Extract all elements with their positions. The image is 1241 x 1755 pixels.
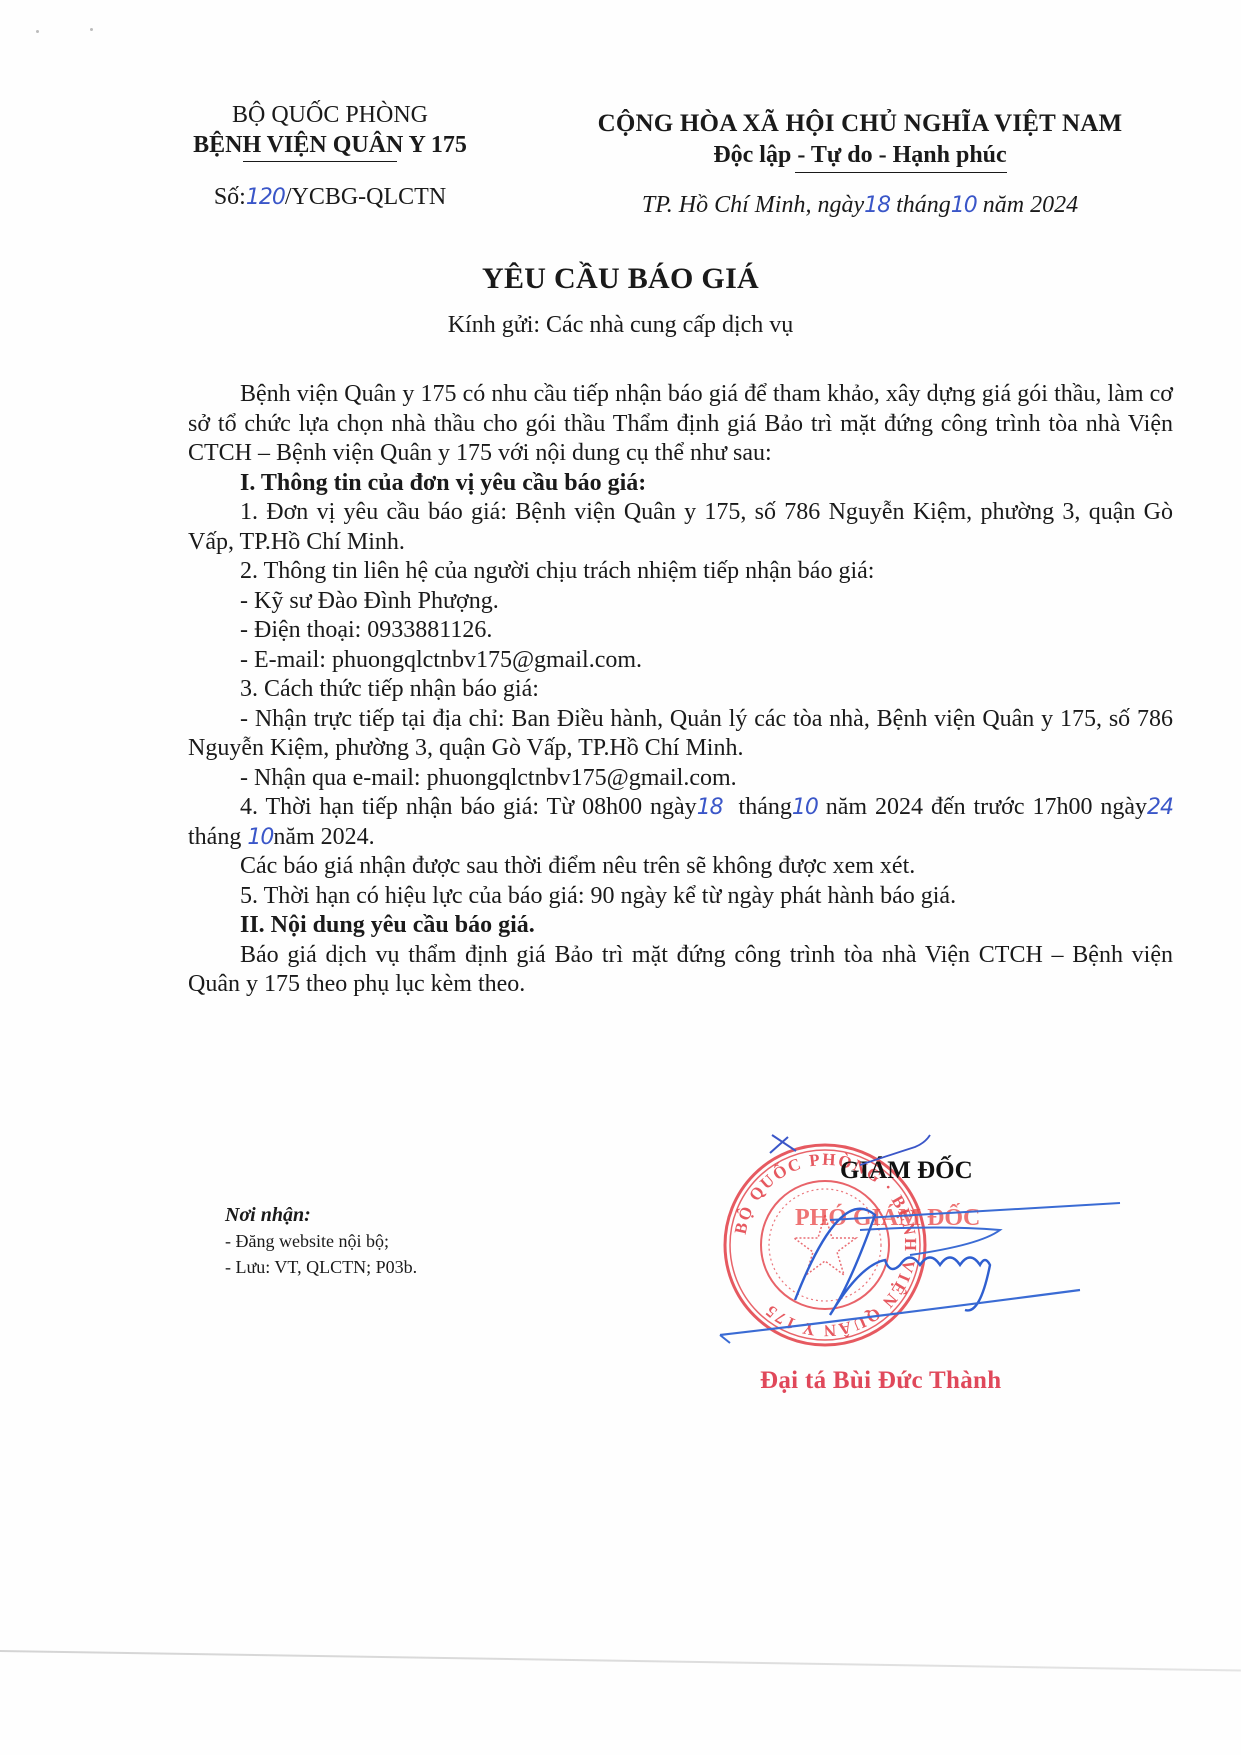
section-1-heading: I. Thông tin của đơn vị yêu cầu báo giá: xyxy=(188,469,1173,499)
scan-edge-line xyxy=(0,1650,1241,1671)
recipient-item: - Đăng website nội bộ; xyxy=(225,1228,417,1254)
hospital-name-text: BỆNH VIỆN QUÂN Y 175 xyxy=(193,132,467,158)
late-note: Các báo giá nhận được sau thời điểm nêu … xyxy=(188,852,1173,882)
document-title: YÊU CẦU BÁO GIÁ xyxy=(0,262,1241,296)
motto-underline xyxy=(795,172,1006,174)
issuing-authority: BỘ QUỐC PHÒNG BỆNH VIỆN QUÂN Y 175 Số:12… xyxy=(160,100,500,213)
start-month-handwritten: 10 xyxy=(792,795,818,820)
document-page: BỘ QUỐC PHÒNG BỆNH VIỆN QUÂN Y 175 Số:12… xyxy=(0,0,1241,1755)
item-4-text: 4. Thời hạn tiếp nhận báo giá: Từ 08h00 … xyxy=(240,794,697,820)
item-4-text: năm 2024. xyxy=(273,824,374,850)
recipients: Nơi nhận: - Đăng website nội bộ; - Lưu: … xyxy=(225,1202,417,1280)
contact-phone: - Điện thoại: 0933881126. xyxy=(188,616,1173,646)
ministry-name: BỘ QUỐC PHÒNG xyxy=(160,100,500,130)
start-day-handwritten: 18 xyxy=(697,795,723,820)
national-header: CỘNG HÒA XÃ HỘI CHỦ NGHĨA VIỆT NAM Độc l… xyxy=(560,108,1160,221)
section-2-text: Báo giá dịch vụ thẩm định giá Bảo trì mặ… xyxy=(188,941,1173,1000)
item-5: 5. Thời hạn có hiệu lực của báo giá: 90 … xyxy=(188,882,1173,912)
handwritten-signature-icon xyxy=(700,1125,1140,1385)
national-motto: Độc lập - Tự do - Hạnh phúc xyxy=(713,140,1006,170)
signer-name: Đại tá Bùi Đức Thành xyxy=(760,1367,1001,1395)
receive-direct: - Nhận trực tiếp tại địa chỉ: Ban Điều h… xyxy=(188,705,1173,764)
contact-name: - Kỹ sư Đào Đình Phượng. xyxy=(188,587,1173,617)
place-date: TP. Hồ Chí Minh, ngày18 tháng10 năm 2024 xyxy=(560,190,1160,221)
item-1: 1. Đơn vị yêu cầu báo giá: Bệnh viện Quâ… xyxy=(188,498,1173,557)
item-4-text: năm 2024 đến trước 17h00 ngày xyxy=(826,794,1147,820)
day-handwritten: 18 xyxy=(864,193,890,218)
hospital-underline xyxy=(243,161,397,163)
motto-text: Độc lập - Tự do - Hạnh phúc xyxy=(713,142,1006,168)
signature-block: BỘ QUỐC PHÒNG · BỆNH VIỆN QUÂN Y 175 GIÁ… xyxy=(700,1125,1140,1425)
month-label: tháng xyxy=(896,192,951,218)
item-4: 4. Thời hạn tiếp nhận báo giá: Từ 08h00 … xyxy=(188,793,1173,852)
end-day-handwritten: 24 xyxy=(1147,795,1173,820)
item-2: 2. Thông tin liên hệ của người chịu trác… xyxy=(188,557,1173,587)
doc-number-handwritten: 120 xyxy=(246,185,285,210)
year-text: năm 2024 xyxy=(983,192,1078,218)
salutation: Kính gửi: Các nhà cung cấp dịch vụ xyxy=(0,312,1241,339)
recipients-label: Nơi nhận: xyxy=(225,1202,417,1228)
item-4-text: tháng xyxy=(188,824,241,850)
scan-speck xyxy=(90,28,93,31)
receive-email: - Nhận qua e-mail: phuongqlctnbv175@gmai… xyxy=(188,764,1173,794)
section-2-heading: II. Nội dung yêu cầu báo giá. xyxy=(188,911,1173,941)
doc-number-suffix: /YCBG-QLCTN xyxy=(285,184,446,210)
intro-paragraph: Bệnh viện Quân y 175 có nhu cầu tiếp nhậ… xyxy=(188,380,1173,469)
end-month-handwritten: 10 xyxy=(247,825,273,850)
contact-email: - E-mail: phuongqlctnbv175@gmail.com. xyxy=(188,646,1173,676)
document-body: Bệnh viện Quân y 175 có nhu cầu tiếp nhậ… xyxy=(188,380,1173,1000)
recipient-item: - Lưu: VT, QLCTN; P03b. xyxy=(225,1254,417,1280)
month-handwritten: 10 xyxy=(951,193,977,218)
item-4-text: tháng xyxy=(739,794,792,820)
document-number: Số:120/YCBG-QLCTN xyxy=(160,182,500,213)
doc-number-prefix: Số: xyxy=(214,184,246,210)
country-name: CỘNG HÒA XÃ HỘI CHỦ NGHĨA VIỆT NAM xyxy=(560,108,1160,140)
item-3: 3. Cách thức tiếp nhận báo giá: xyxy=(188,675,1173,705)
place-prefix: TP. Hồ Chí Minh, ngày xyxy=(642,192,864,218)
scan-speck xyxy=(36,30,39,33)
hospital-name: BỆNH VIỆN QUÂN Y 175 xyxy=(193,130,467,160)
